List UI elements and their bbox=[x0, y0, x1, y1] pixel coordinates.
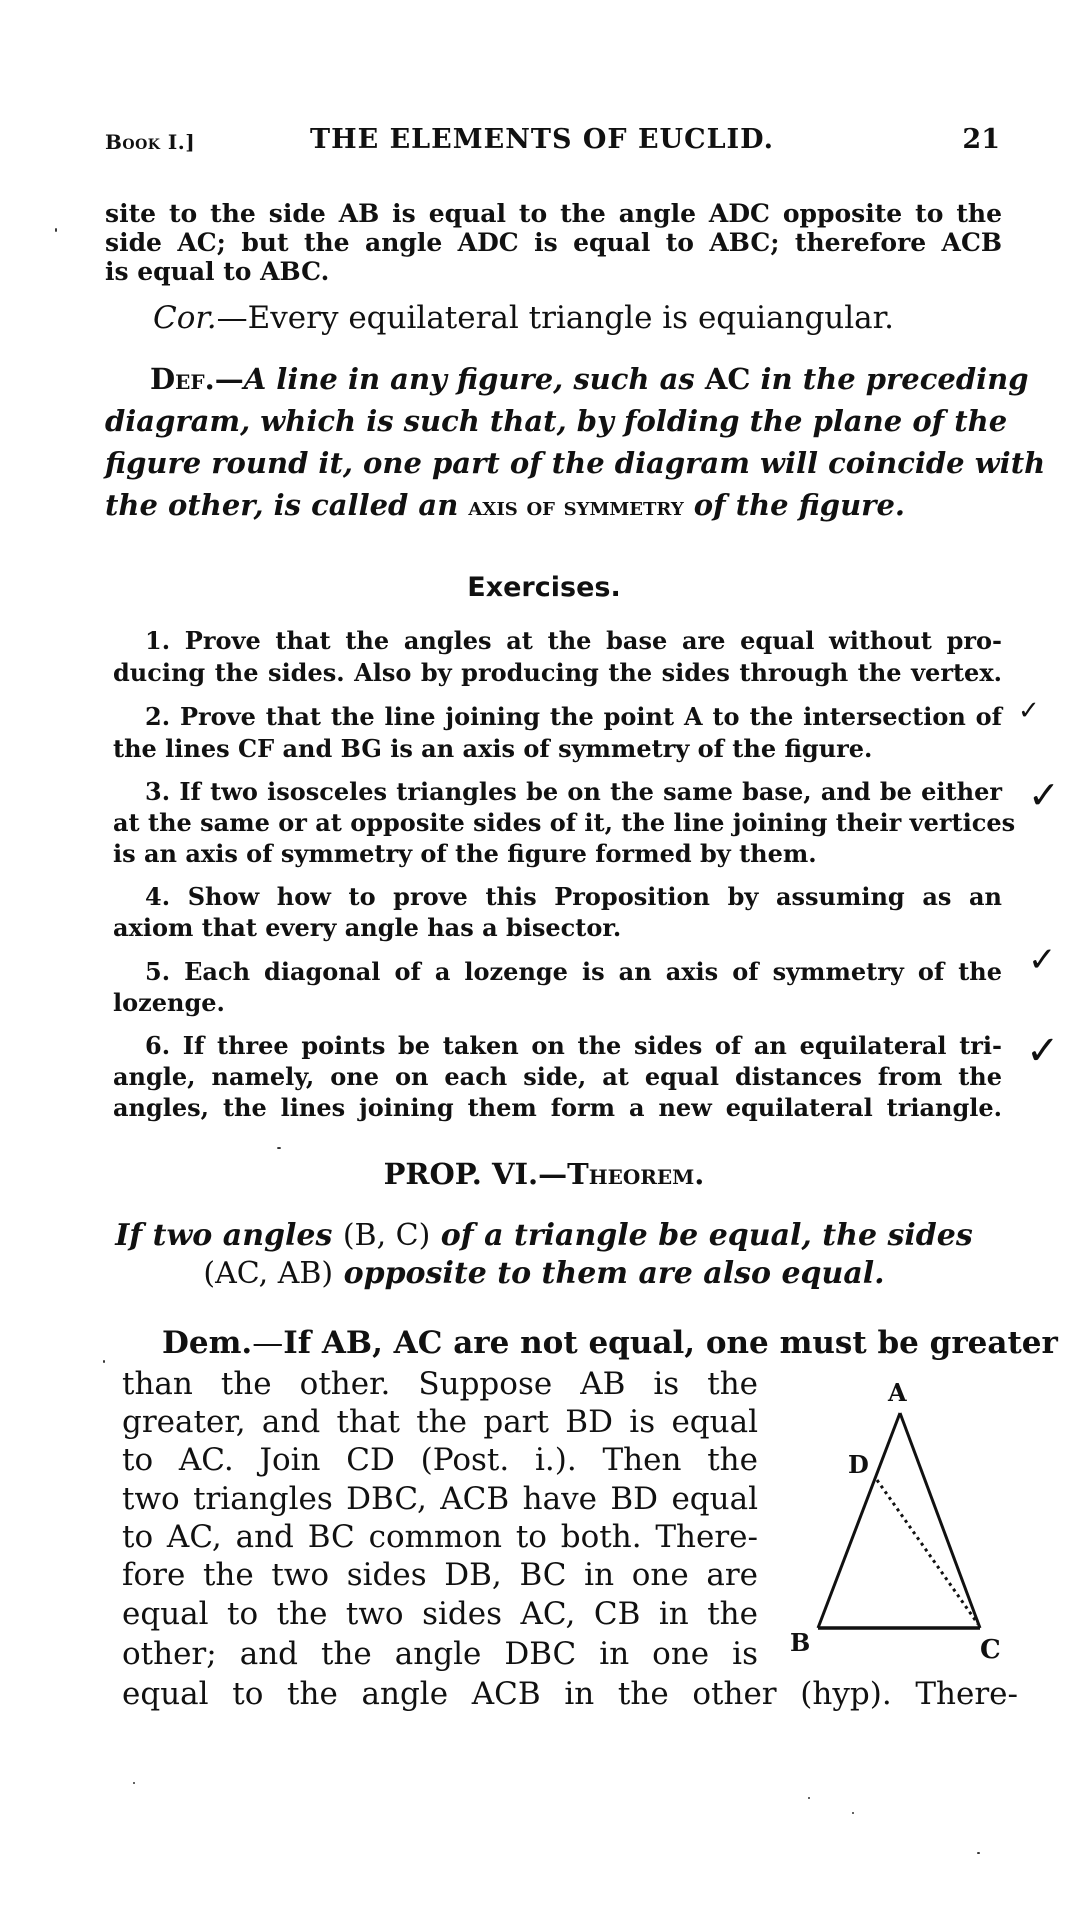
running-head: Book I.] THE ELEMENTS OF EUCLID. 21 bbox=[105, 124, 1000, 158]
exercises-heading: Exercises. bbox=[0, 572, 1088, 603]
book-reference: Book I.] bbox=[105, 130, 195, 154]
definition-line: Def.—A line in any figure, such as AC in… bbox=[150, 362, 1002, 396]
demonstration-line: greater, and that the part BD is equal bbox=[122, 1404, 758, 1440]
vertex-label-b: B bbox=[790, 1628, 810, 1657]
exercise-number: 2. bbox=[145, 702, 170, 731]
exercise-number: 4. bbox=[145, 882, 170, 911]
demonstration-line: other; and the angle DBC in one is bbox=[122, 1636, 758, 1672]
demonstration-line: to AC, and BC common to both. There- bbox=[122, 1519, 758, 1555]
exercise-text: Prove that the line joining the point A … bbox=[180, 702, 1002, 731]
statement-text: of a triangle be equal, the sides bbox=[430, 1218, 972, 1253]
exercise-line: 5. Each diagonal of a lozenge is an axis… bbox=[145, 957, 1002, 986]
exercise-number: 3. bbox=[145, 777, 170, 806]
definition-line: figure round it, one part of the diagram… bbox=[105, 446, 1002, 480]
demonstration-line: fore the two sides DB, BC in one are bbox=[122, 1557, 758, 1593]
proposition-heading: PROP. VI.—Theorem. bbox=[0, 1157, 1088, 1191]
text-line: is equal to ABC. bbox=[105, 257, 1002, 286]
statement-text: If two angles bbox=[115, 1218, 343, 1253]
demonstration-line: equal to the angle ACB in the other (hyp… bbox=[122, 1676, 1018, 1712]
proposition-kind: Theorem. bbox=[567, 1157, 704, 1191]
statement-text: (AC, AB) bbox=[203, 1256, 333, 1291]
corollary-text: Every equilateral triangle is equiangula… bbox=[248, 300, 894, 336]
demonstration-line: equal to the two sides AC, CB in the bbox=[122, 1596, 758, 1632]
exercise-line: 4. Show how to prove this Proposition by… bbox=[145, 882, 1002, 911]
theorem-statement-line: If two angles (B, C) of a triangle be eq… bbox=[0, 1218, 1088, 1253]
definition-label: Def. bbox=[150, 362, 215, 396]
definition-text: of the figure. bbox=[684, 488, 905, 522]
print-speck bbox=[852, 1812, 854, 1814]
exercise-line: lozenge. bbox=[113, 988, 1002, 1017]
checkmark-icon: ✓ bbox=[1018, 696, 1040, 726]
definition-line: diagram, which is such that, by folding … bbox=[105, 404, 1002, 438]
exercise-text: Show how to prove this Proposition by as… bbox=[188, 882, 1002, 911]
print-speck bbox=[55, 228, 57, 232]
book-title: THE ELEMENTS OF EUCLID. bbox=[310, 124, 774, 155]
checkmark-icon: ✓ bbox=[1026, 1028, 1060, 1074]
vertex-label-c: C bbox=[980, 1635, 1001, 1665]
checkmark-icon: ✓ bbox=[1028, 940, 1057, 980]
print-speck bbox=[103, 1360, 105, 1363]
page-number: 21 bbox=[962, 124, 1000, 155]
demonstration-text: If AB, AC are not equal, one must be gre… bbox=[283, 1325, 1058, 1361]
statement-text: (B, C) bbox=[343, 1218, 430, 1253]
demonstration-line: Dem.—If AB, AC are not equal, one must b… bbox=[162, 1325, 1022, 1361]
exercise-line: 6. If three points be taken on the sides… bbox=[145, 1031, 1002, 1060]
term-axis-of-symmetry: axis of symmetry bbox=[468, 492, 683, 521]
corollary: Cor.—Every equilateral triangle is equia… bbox=[153, 300, 894, 336]
corollary-dash: — bbox=[217, 300, 248, 336]
demonstration-label: Dem. bbox=[162, 1325, 252, 1361]
exercise-line: 2. Prove that the line joining the point… bbox=[145, 702, 1002, 731]
vertex-label-a: A bbox=[888, 1378, 907, 1407]
print-speck bbox=[133, 1782, 135, 1784]
exercise-line: ducing the sides. Also by producing the … bbox=[113, 658, 1002, 687]
corollary-label: Cor. bbox=[153, 300, 217, 336]
statement-text: opposite to them are also equal. bbox=[333, 1256, 884, 1291]
demonstration-line: to AC. Join CD (Post. i.). Then the bbox=[122, 1442, 758, 1478]
exercise-line: at the same or at opposite sides of it, … bbox=[113, 808, 1002, 837]
print-speck bbox=[808, 1797, 810, 1799]
print-speck bbox=[277, 1147, 281, 1149]
exercise-text: If three points be taken on the sides of… bbox=[183, 1031, 1002, 1060]
exercise-line: axiom that every angle has a bisector. bbox=[113, 913, 1002, 942]
text-line: side AC; but the angle ADC is equal to A… bbox=[105, 228, 1002, 257]
demonstration-dash: — bbox=[252, 1325, 283, 1361]
exercise-number: 5. bbox=[145, 957, 170, 986]
definition-text: AC bbox=[705, 362, 751, 396]
exercise-line: angles, the lines joining them form a ne… bbox=[113, 1093, 1002, 1122]
exercise-line: is an axis of symmetry of the figure for… bbox=[113, 839, 1002, 868]
definition-line: the other, is called an axis of symmetry… bbox=[105, 488, 905, 522]
exercise-number: 1. bbox=[145, 626, 170, 655]
exercise-text: Prove that the angles at the base are eq… bbox=[185, 626, 1002, 655]
book-page: Book I.] THE ELEMENTS OF EUCLID. 21 site… bbox=[0, 0, 1088, 1912]
exercise-line: the lines CF and BG is an axis of symmet… bbox=[113, 734, 1002, 763]
exercise-line: 3. If two isosceles triangles be on the … bbox=[145, 777, 1002, 806]
definition-dash: — bbox=[215, 362, 244, 396]
checkmark-icon: ✓ bbox=[1028, 773, 1060, 817]
exercise-line: angle, namely, one on each side, at equa… bbox=[113, 1062, 1002, 1091]
vertex-label-d: D bbox=[848, 1450, 869, 1479]
exercise-number: 6. bbox=[145, 1031, 170, 1060]
definition-text: in the preceding bbox=[750, 362, 1028, 396]
definition-text: A line in any figure, such as bbox=[244, 362, 705, 396]
triangle-diagram: A D B C bbox=[780, 1380, 1020, 1680]
theorem-statement-line: (AC, AB) opposite to them are also equal… bbox=[0, 1256, 1088, 1291]
proposition-number: PROP. VI.— bbox=[384, 1157, 568, 1191]
exercise-text: Each diagonal of a lozenge is an axis of… bbox=[184, 957, 1002, 986]
print-speck bbox=[977, 1852, 980, 1854]
demonstration-line: two triangles DBC, ACB have BD equal bbox=[122, 1481, 758, 1517]
exercise-text: If two isosceles triangles be on the sam… bbox=[179, 777, 1002, 806]
exercise-line: 1. Prove that the angles at the base are… bbox=[145, 626, 1002, 655]
definition-text: the other, is called an bbox=[105, 488, 468, 522]
text-line: site to the side AB is equal to the angl… bbox=[105, 199, 1002, 228]
demonstration-line: than the other. Suppose AB is the bbox=[122, 1366, 758, 1402]
